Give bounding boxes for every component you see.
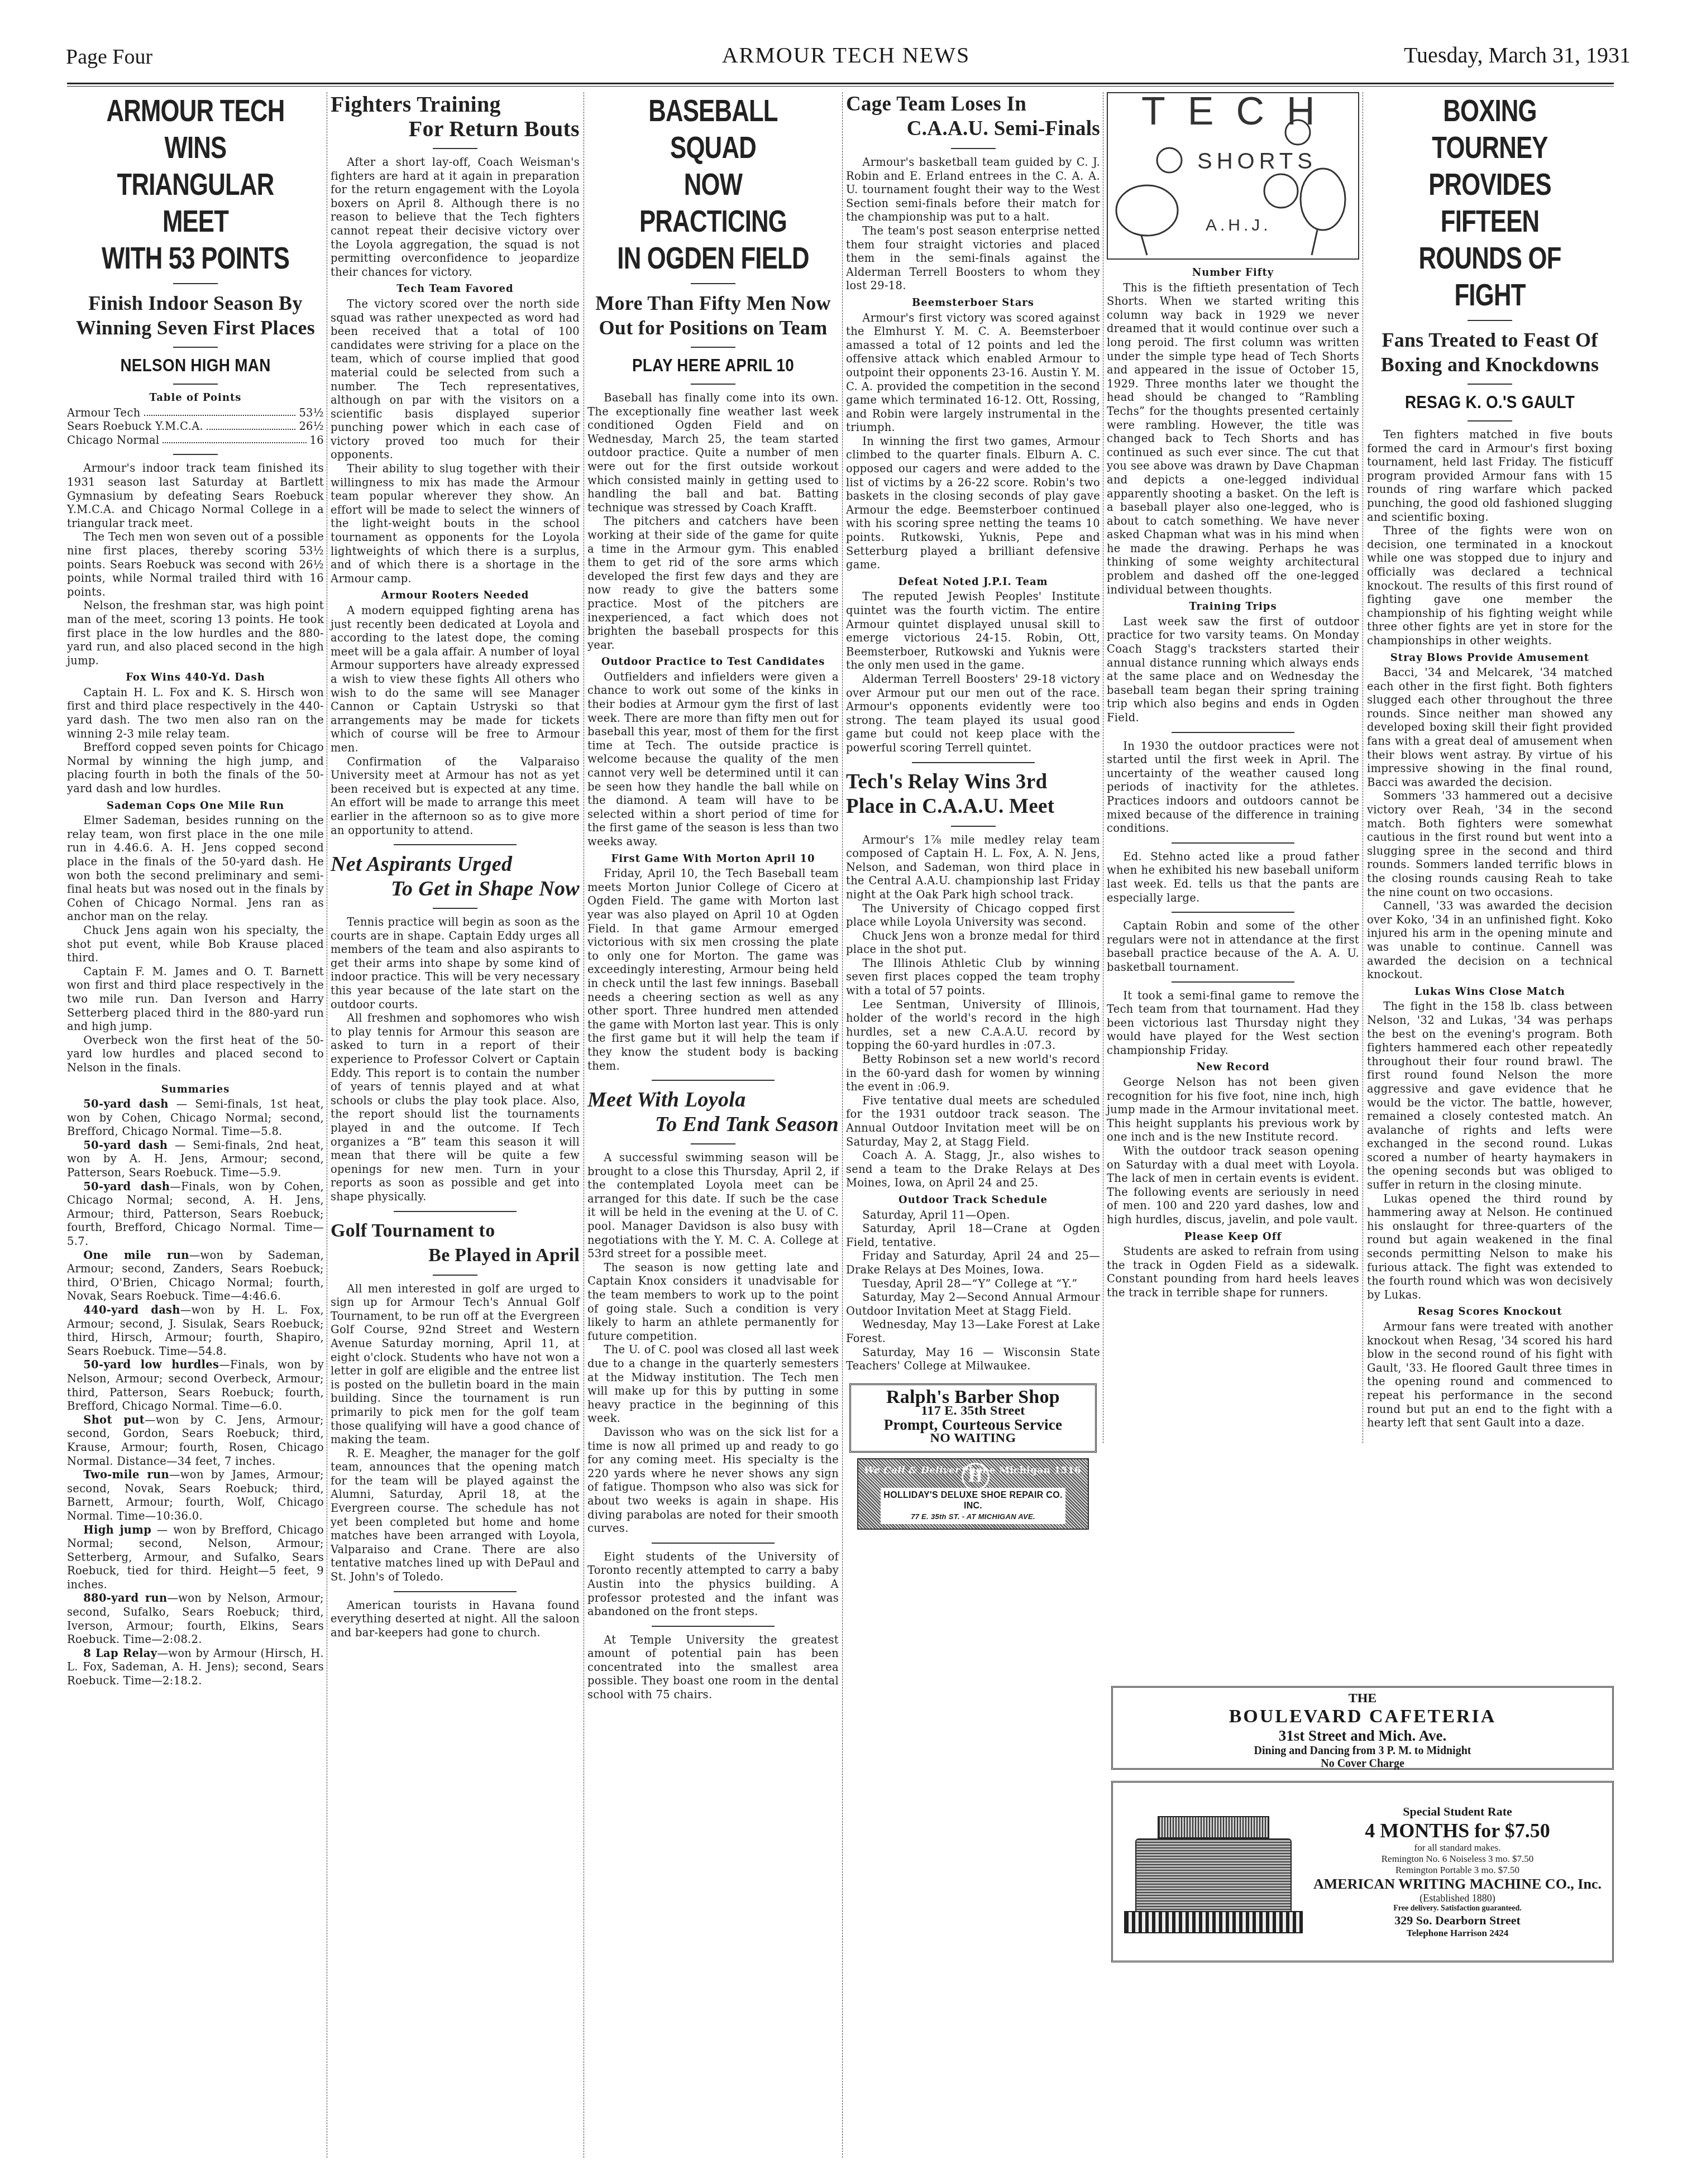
paragraph: Ed. Stehno acted like a proud father whe… bbox=[1107, 850, 1359, 905]
schedule-item: Saturday, April 11—Open. bbox=[846, 1209, 1100, 1223]
paragraph: The team's post season enterprise netted… bbox=[846, 224, 1100, 293]
deck-headline-2: RESAG K. O.'S GAULT bbox=[1379, 391, 1600, 414]
subhead: New Record bbox=[1107, 1061, 1359, 1075]
article-tennis: Net Aspirants Urged To Get in Shape Now … bbox=[331, 852, 580, 1204]
paragraph: In 1930 the outdoor practices were not s… bbox=[1107, 740, 1359, 836]
paragraph: Their ability to slug together with thei… bbox=[331, 462, 580, 586]
headline-line: BASEBALL SQUAD bbox=[615, 92, 811, 166]
paragraph: Friday, April 10, the Tech Baseball team… bbox=[587, 867, 839, 1073]
headline-line: For Return Bouts bbox=[331, 117, 580, 141]
summary-item: One mile run—won by Sademan, Armour; sec… bbox=[67, 1249, 324, 1304]
summary-item: 50-yard dash—Finals, won by Cohen, Chica… bbox=[67, 1180, 324, 1249]
headline-line: C.A.A.U. Semi-Finals bbox=[846, 117, 1100, 141]
paragraph: A modern equipped fighting arena has jus… bbox=[331, 604, 580, 755]
headline-line: To Get in Shape Now bbox=[331, 877, 580, 901]
paragraph: Tennis practice will begin as soon as th… bbox=[331, 916, 580, 1012]
subhead: Outdoor Practice to Test Candidates bbox=[587, 655, 839, 669]
deck-headline-2: NELSON HIGH MAN bbox=[80, 355, 311, 377]
column-4: Cage Team Loses In C.A.A.U. Semi-Finals … bbox=[846, 92, 1100, 1535]
subhead: Tech Team Favored bbox=[331, 282, 580, 296]
paragraph: The pitchers and catchers have been work… bbox=[587, 515, 839, 652]
paragraph: Confirmation of the Valparaiso Universit… bbox=[331, 755, 580, 838]
column-divider bbox=[327, 92, 327, 2158]
points-row: Armour Tech53½ bbox=[67, 406, 324, 420]
paragraph: The Illinois Athletic Club by winning se… bbox=[846, 957, 1100, 998]
paragraph: The fight in the 158 lb. class between N… bbox=[1367, 1000, 1613, 1192]
headline-line: ARMOUR TECH WINS bbox=[95, 92, 296, 166]
summary-item: High jump — won by Brefford, Chicago Nor… bbox=[67, 1524, 324, 1592]
column-2: Fighters Training For Return Bouts After… bbox=[331, 92, 580, 1640]
subhead: Training Trips bbox=[1107, 600, 1359, 614]
headline-line: Cage Team Loses In bbox=[846, 92, 1100, 117]
deck-headline: Finish Indoor Season By Winning Seven Fi… bbox=[67, 291, 324, 340]
paragraph: Last week saw the first of outdoor pract… bbox=[1107, 615, 1359, 725]
paragraph: Armour's basketball team guided by C. J.… bbox=[846, 156, 1100, 224]
summary-item: Shot put—won by C. Jens, Armour; second,… bbox=[67, 1414, 324, 1468]
summary-item: 8 Lap Relay—won by Armour (Hirsch, H. L.… bbox=[67, 1647, 324, 1688]
paragraph: Lukas opened the third round by hammerin… bbox=[1367, 1192, 1613, 1302]
summary-item: 880-yard run—won by Nelson, Armour; seco… bbox=[67, 1592, 324, 1646]
paragraph: Armour's indoor track team finished its … bbox=[67, 462, 324, 530]
points-row: Sears Roebuck Y.M.C.A.26½ bbox=[67, 420, 324, 434]
paragraph: Three of the fights were won on decision… bbox=[1367, 524, 1613, 648]
column-3: BASEBALL SQUAD NOW PRACTICING IN OGDEN F… bbox=[587, 92, 839, 1702]
paragraph: Nelson, the freshman star, was high poin… bbox=[67, 599, 324, 668]
headline-line: Net Aspirants Urged bbox=[331, 852, 580, 877]
paragraph: George Nelson has not been given recogni… bbox=[1107, 1076, 1359, 1144]
points-row: Chicago Normal16 bbox=[67, 434, 324, 448]
headline-line: BOXING TOURNEY bbox=[1394, 92, 1585, 166]
deck-headline: More Than Fifty Men Now Out for Position… bbox=[587, 291, 839, 340]
article-relay: Tech's Relay Wins 3rd Place in C.A.A.U. … bbox=[846, 770, 1100, 1373]
ad-barber-shop: Ralph's Barber Shop 117 E. 35th Street P… bbox=[849, 1383, 1097, 1453]
paragraph: Captain F. M. James and O. T. Barnett wo… bbox=[67, 965, 324, 1034]
subhead: Sademan Cops One Mile Run bbox=[67, 799, 324, 813]
paragraph: Coach A. A. Stagg, Jr., also wishes to s… bbox=[846, 1149, 1100, 1190]
paragraph: The Tech men won seven out of a possible… bbox=[67, 530, 324, 599]
ad-boulevard-cafeteria: THE BOULEVARD CAFETERIA 31st Street and … bbox=[1111, 1686, 1614, 1770]
paragraph: A successful swimming season will be bro… bbox=[587, 1151, 839, 1261]
tech-shorts-cartoon: TECH SHORTS A.H.J. bbox=[1107, 92, 1359, 260]
deck-headline-2: PLAY HERE APRIL 10 bbox=[600, 355, 826, 377]
schedule-item: Tuesday, April 28—“Y” College at “Y.” bbox=[846, 1277, 1100, 1291]
paragraph: Bacci, '34 and Melcarek, '34 matched eac… bbox=[1367, 666, 1613, 789]
schedule-item: Friday and Saturday, April 24 and 25—Dra… bbox=[846, 1249, 1100, 1277]
paragraph: Captain Robin and some of the other regu… bbox=[1107, 919, 1359, 974]
article-basketball: Cage Team Loses In C.A.A.U. Semi-Finals … bbox=[846, 92, 1100, 755]
column-tech-shorts: TECH SHORTS A.H.J. Number Fifty This is … bbox=[1107, 92, 1359, 1300]
paragraph: It took a semi-final game to remove the … bbox=[1107, 989, 1359, 1058]
paragraph: Captain H. L. Fox and K. S. Hirsch won f… bbox=[67, 686, 324, 741]
summary-item: 440-yard dash—won by H. L. Fox, Armour; … bbox=[67, 1304, 324, 1358]
schedule-item: Saturday, May 16 — Wisconsin State Teach… bbox=[846, 1346, 1100, 1373]
issue-date: Tuesday, March 31, 1931 bbox=[1404, 42, 1631, 68]
paragraph: Lee Sentman, University of Illinois, hol… bbox=[846, 998, 1100, 1053]
article-boxing: BOXING TOURNEY PROVIDES FIFTEEN ROUNDS O… bbox=[1367, 92, 1613, 1430]
headline-line: To End Tank Season bbox=[587, 1112, 839, 1137]
paragraph: Brefford copped seven points for Chicago… bbox=[67, 741, 324, 796]
article-track-meet: ARMOUR TECH WINS TRIANGULAR MEET WITH 53… bbox=[67, 92, 324, 1688]
subhead: Beemsterboer Stars bbox=[846, 296, 1100, 310]
paragraph: Sommers '33 hammered out a decisive vict… bbox=[1367, 789, 1613, 899]
paragraph: All men interested in golf are urged to … bbox=[331, 1282, 580, 1447]
ad-american-writing-machine: Special Student Rate 4 MONTHS for $7.50 … bbox=[1111, 1781, 1614, 1962]
masthead: Page Four ARMOUR TECH NEWS Tuesday, Marc… bbox=[22, 28, 1670, 73]
paragraph: After a short lay-off, Coach Weisman's f… bbox=[331, 156, 580, 279]
subhead: Fox Wins 440-Yd. Dash bbox=[67, 671, 324, 685]
column-divider bbox=[842, 92, 843, 2158]
paragraph: Cannell, '33 was awarded the decision ov… bbox=[1367, 899, 1613, 982]
paragraph: Chuck Jens won a bronze medal for third … bbox=[846, 930, 1100, 957]
paragraph: The U. of C. pool was closed all last we… bbox=[587, 1343, 839, 1426]
paragraph: Davisson who was on the sick list for a … bbox=[587, 1426, 839, 1536]
paragraph: Armour's 1⅞ mile medley relay team compo… bbox=[846, 834, 1100, 902]
filler-paragraph: Eight students of the University of Toro… bbox=[587, 1550, 839, 1619]
schedule-item: Wednesday, May 13—Lake Forest at Lake Fo… bbox=[846, 1318, 1100, 1345]
paragraph: The victory scored over the north side s… bbox=[331, 298, 580, 462]
article-golf: Golf Tournament to Be Played in April Al… bbox=[331, 1219, 580, 1584]
paragraph: With the outdoor track season opening on… bbox=[1107, 1144, 1359, 1227]
paragraph: All freshmen and sophomores who wish to … bbox=[331, 1012, 580, 1204]
column-divider bbox=[584, 92, 584, 2158]
headline-line: Tech's Relay Wins 3rd bbox=[846, 770, 1100, 794]
paragraph: Ten fighters matched in five bouts forme… bbox=[1367, 428, 1613, 524]
headline-line: NOW PRACTICING bbox=[615, 166, 811, 240]
paragraph: Outfielders and infielders were given a … bbox=[587, 670, 839, 849]
paragraph: Students are asked to refrain from using… bbox=[1107, 1245, 1359, 1300]
schedule-item: Saturday, May 2—Second Annual Armour Out… bbox=[846, 1291, 1100, 1318]
schedule-item: Saturday, April 18—Crane at Ogden Field,… bbox=[846, 1222, 1100, 1249]
summary-item: 50-yard dash — Semi-finals, 1st heat, wo… bbox=[67, 1098, 324, 1139]
subhead: Please Keep Off bbox=[1107, 1230, 1359, 1244]
article-swimming: Meet With Loyola To End Tank Season A su… bbox=[587, 1088, 839, 1536]
paragraph: In winning the first two games, Armour c… bbox=[846, 435, 1100, 572]
headline-line: Place in C.A.A.U. Meet bbox=[846, 794, 1100, 819]
ad-shoe-repair: We Call & Deliver H Phone Michigan 1516 … bbox=[857, 1458, 1089, 1530]
headline-line: Meet With Loyola bbox=[587, 1088, 839, 1112]
paragraph: Alderman Terrell Boosters' 29-18 victory… bbox=[846, 673, 1100, 755]
paragraph: Betty Robinson set a new world's record … bbox=[846, 1053, 1100, 1094]
column-divider bbox=[1363, 92, 1363, 1443]
paragraph: Overbeck won the first heat of the 50-ya… bbox=[67, 1034, 324, 1075]
summary-item: 50-yard dash — Semi-finals, 2nd heat, wo… bbox=[67, 1139, 324, 1180]
headline-line: Fighters Training bbox=[331, 92, 580, 117]
subhead: Defeat Noted J.P.I. Team bbox=[846, 576, 1100, 590]
headline-line: TRIANGULAR MEET bbox=[95, 166, 296, 240]
paragraph: Five tentative dual meets are scheduled … bbox=[846, 1094, 1100, 1149]
paragraph: Armour fans were treated with another kn… bbox=[1367, 1320, 1613, 1430]
paragraph: The University of Chicago copped first p… bbox=[846, 902, 1100, 930]
paragraph: Baseball has finally come into its own. … bbox=[587, 391, 839, 515]
column-divider bbox=[1103, 92, 1103, 1443]
paragraph: Elmer Sademan, besides running on the re… bbox=[67, 814, 324, 924]
headline-line: WITH 53 POINTS bbox=[95, 240, 296, 276]
masthead-rule bbox=[67, 83, 1614, 87]
subhead: Resag Scores Knockout bbox=[1367, 1305, 1613, 1319]
headline-line: Golf Tournament to bbox=[331, 1219, 580, 1243]
deck-headline: Fans Treated to Feast Of Boxing and Knoc… bbox=[1367, 328, 1613, 377]
typewriter-icon bbox=[1119, 1805, 1308, 1939]
subhead: First Game With Morton April 10 bbox=[587, 852, 839, 866]
headline-line: PROVIDES FIFTEEN bbox=[1394, 166, 1585, 240]
headline-line: Be Played in April bbox=[331, 1243, 580, 1268]
subhead: Table of Points bbox=[67, 391, 324, 405]
paragraph: The season is now getting late and Capta… bbox=[587, 1261, 839, 1344]
paragraph: R. E. Meagher, the manager for the golf … bbox=[331, 1447, 580, 1584]
paragraph: This is the fiftieth presentation of Tec… bbox=[1107, 281, 1359, 597]
summary-item: 50-yard low hurdles—Finals, won by Nelso… bbox=[67, 1358, 324, 1413]
cartoon-figures-icon bbox=[1108, 93, 1359, 261]
subhead: Stray Blows Provide Amusement bbox=[1367, 652, 1613, 665]
subhead: Outdoor Track Schedule bbox=[846, 1194, 1100, 1208]
points-table: Armour Tech53½ Sears Roebuck Y.M.C.A.26½… bbox=[67, 406, 324, 448]
article-baseball: BASEBALL SQUAD NOW PRACTICING IN OGDEN F… bbox=[587, 92, 839, 1073]
subhead: Armour Rooters Needed bbox=[331, 589, 580, 603]
subhead: Summaries bbox=[67, 1083, 324, 1097]
summary-item: Two-mile run—won by James, Armour; secon… bbox=[67, 1468, 324, 1523]
filler-paragraph: American tourists in Havana found everyt… bbox=[331, 1599, 580, 1640]
subhead: Number Fifty bbox=[1107, 266, 1359, 280]
paragraph: The reputed Jewish Peoples' Institute qu… bbox=[846, 590, 1100, 673]
headline-line: IN OGDEN FIELD bbox=[615, 240, 811, 276]
headline-line: ROUNDS OF FIGHT bbox=[1394, 240, 1585, 313]
article-fighters: Fighters Training For Return Bouts After… bbox=[331, 92, 580, 837]
filler-paragraph: At Temple University the greatest amount… bbox=[587, 1634, 839, 1702]
paragraph: Armour's first victory was scored agains… bbox=[846, 312, 1100, 435]
subhead: Lukas Wins Close Match bbox=[1367, 985, 1613, 999]
paragraph: Chuck Jens again won his specialty, the … bbox=[67, 924, 324, 965]
